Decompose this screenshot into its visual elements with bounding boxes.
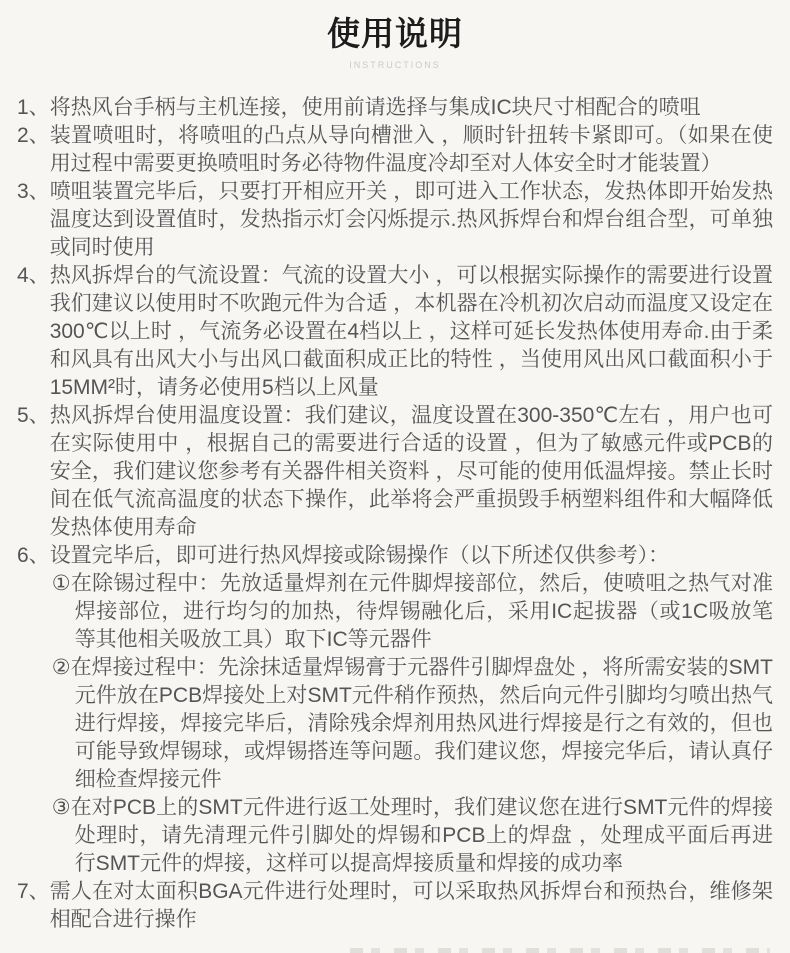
instruction-item: 6、设置完毕后，即可进行热风焊接或除锡操作（以下所述仅供参考）：①在除锡过程中：… (17, 542, 773, 878)
sub-text: 在对PCB上的SMT元件进行返工处理时，我们建议您在进行SMT元件的焊接处理时，… (71, 796, 773, 875)
instruction-document: 使用说明 INSTRUCTIONS 1、将热风台手柄与主机连接，使用前请选择与集… (0, 0, 790, 953)
item-body: 喷咀装置完毕后，只要打开相应开关 ，即可进入工作状态，发热体即开始发热温度达到设… (50, 178, 773, 262)
instruction-item: 1、将热风台手柄与主机连接，使用前请选择与集成IC块尺寸相配合的喷咀 (17, 94, 773, 122)
instruction-item: 7、需人在对太面积BGA元件进行处理时，可以采取热风拆焊台和预热台，维修架相配合… (17, 878, 773, 934)
item-body: 设置完毕后，即可进行热风焊接或除锡操作（以下所述仅供参考）：①在除锡过程中：先放… (50, 542, 773, 878)
item-number: 6、 (17, 542, 50, 878)
item-number: 2、 (17, 122, 50, 178)
item-text: 将热风台手柄与主机连接，使用前请选择与集成IC块尺寸相配合的喷咀 (50, 94, 773, 122)
instruction-item: 4、热风拆焊台的气流设置：气流的设置大小 ，可以根据实际操作的需要进行设置我们建… (17, 262, 773, 402)
item-number: 4、 (17, 262, 50, 402)
sub-instruction: ①在除锡过程中：先放适量焊剂在元件脚焊接部位，然后，使喷咀之热气对准焊接部位，进… (52, 570, 773, 654)
document-header: 使用说明 INSTRUCTIONS (17, 0, 773, 70)
sub-marker: ① (52, 572, 71, 595)
item-body: 将热风台手柄与主机连接，使用前请选择与集成IC块尺寸相配合的喷咀 (50, 94, 773, 122)
item-body: 热风拆焊台使用温度设置：我们建议，温度设置在300-350℃左右 ，用户也可在实… (50, 402, 773, 542)
sub-marker: ② (52, 656, 71, 679)
page-subtitle: INSTRUCTIONS (17, 61, 773, 70)
item-text: 需人在对太面积BGA元件进行处理时，可以采取热风拆焊台和预热台，维修架相配合进行… (50, 878, 773, 934)
sub-text: 在除锡过程中：先放适量焊剂在元件脚焊接部位，然后，使喷咀之热气对准焊接部位，进行… (71, 572, 773, 651)
sub-instruction: ②在焊接过程中：先涂抹适量焊锡膏于元器件引脚焊盘处 ，将所需安装的SMT元件放在… (52, 654, 773, 794)
item-number: 3、 (17, 178, 50, 262)
sub-marker: ③ (52, 796, 71, 819)
item-text: 设置完毕后，即可进行热风焊接或除锡操作（以下所述仅供参考）： (50, 542, 773, 570)
instruction-item: 2、装置喷咀时，将喷咀的凸点从导向槽泄入 ，顺时针扭转卡紧即可。（如果在使用过程… (17, 122, 773, 178)
sub-instruction: ③在对PCB上的SMT元件进行返工处理时，我们建议您在进行SMT元件的焊接处理时… (52, 794, 773, 878)
item-number: 7、 (17, 878, 50, 934)
item-body: 需人在对太面积BGA元件进行处理时，可以采取热风拆焊台和预热台，维修架相配合进行… (50, 878, 773, 934)
item-number: 1、 (17, 94, 50, 122)
item-body: 装置喷咀时，将喷咀的凸点从导向槽泄入 ，顺时针扭转卡紧即可。（如果在使用过程中需… (50, 122, 773, 178)
item-text: 热风拆焊台的气流设置：气流的设置大小 ，可以根据实际操作的需要进行设置我们建议以… (50, 262, 773, 402)
item-body: 热风拆焊台的气流设置：气流的设置大小 ，可以根据实际操作的需要进行设置我们建议以… (50, 262, 773, 402)
instruction-list: 1、将热风台手柄与主机连接，使用前请选择与集成IC块尺寸相配合的喷咀2、装置喷咀… (17, 94, 773, 934)
item-text: 热风拆焊台使用温度设置：我们建议，温度设置在300-350℃左右 ，用户也可在实… (50, 402, 773, 542)
item-number: 5、 (17, 402, 50, 542)
page-title: 使用说明 (17, 16, 773, 52)
sub-text: 在焊接过程中：先涂抹适量焊锡膏于元器件引脚焊盘处 ，将所需安装的SMT元件放在P… (71, 656, 773, 791)
instruction-item: 5、热风拆焊台使用温度设置：我们建议，温度设置在300-350℃左右 ，用户也可… (17, 402, 773, 542)
instruction-item: 3、喷咀装置完毕后，只要打开相应开关 ，即可进入工作状态，发热体即开始发热温度达… (17, 178, 773, 262)
item-text: 装置喷咀时，将喷咀的凸点从导向槽泄入 ，顺时针扭转卡紧即可。（如果在使用过程中需… (50, 122, 773, 178)
clipped-text-remnant (350, 948, 770, 953)
item-text: 喷咀装置完毕后，只要打开相应开关 ，即可进入工作状态，发热体即开始发热温度达到设… (50, 178, 773, 262)
